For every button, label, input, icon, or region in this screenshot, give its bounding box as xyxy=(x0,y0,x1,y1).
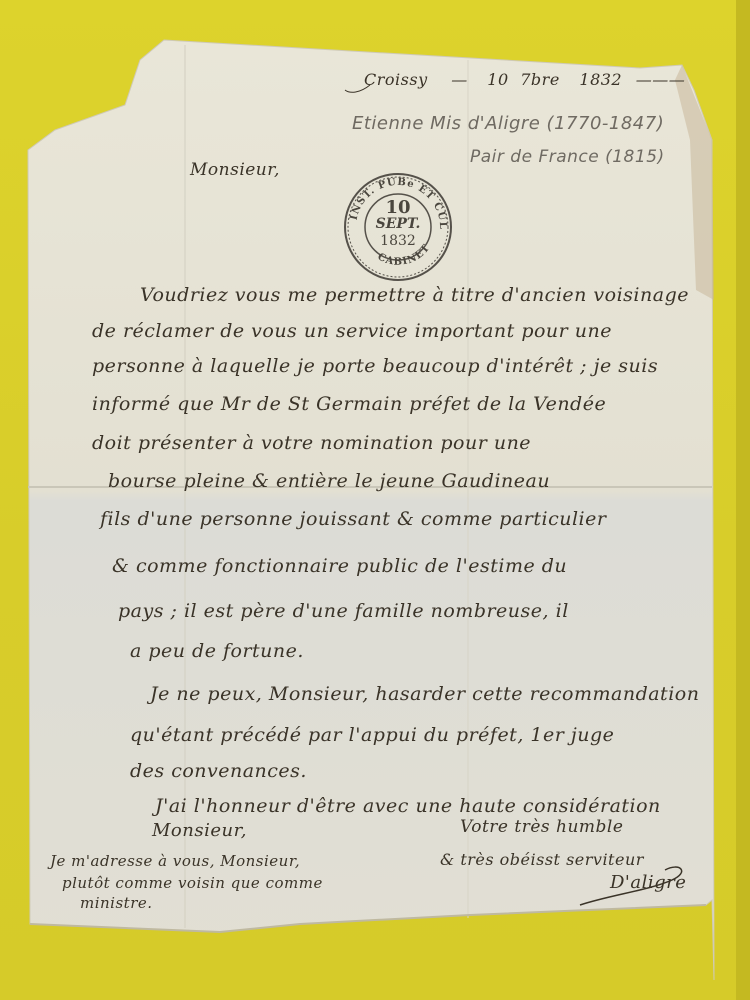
body-line: des convenances. xyxy=(130,760,307,782)
postscript-line: ministre. xyxy=(80,894,153,912)
stamp-year: 1832 xyxy=(344,233,452,250)
signature-line2: & très obéisst serviteur xyxy=(440,850,644,869)
signature-line1: Votre très humble xyxy=(460,817,623,837)
body-line: Je ne peux, Monsieur, hasarder cette rec… xyxy=(150,683,699,705)
stamp-month: SEPT. xyxy=(344,216,452,233)
body-line: pays ; il est père d'une famille nombreu… xyxy=(118,600,569,622)
postscript-line: plutôt comme voisin que comme xyxy=(62,874,323,892)
date-year: 1832 xyxy=(579,70,622,89)
cabinet-stamp: 10 SEPT. 1832 xyxy=(344,173,452,281)
date-month: 7bre xyxy=(520,70,560,89)
salutation: Monsieur, xyxy=(190,160,280,180)
body-line: & comme fonctionnaire public de l'estime… xyxy=(112,555,567,577)
postscript-line: Je m'adresse à vous, Monsieur, xyxy=(50,852,300,870)
body-line: doit présenter à votre nomination pour u… xyxy=(92,432,531,454)
body-line: personne à laquelle je porte beaucoup d'… xyxy=(92,355,658,377)
body-line: fils d'une personne jouissant & comme pa… xyxy=(100,508,606,530)
body-line: bourse pleine & entière le jeune Gaudine… xyxy=(108,470,550,492)
body-line: de réclamer de vous un service important… xyxy=(92,320,612,342)
pencil-annotation-line1: Etienne Mis d'Aligre (1770-1847) xyxy=(352,113,664,134)
closing-line: J'ai l'honneur d'être avec une haute con… xyxy=(155,795,661,817)
date-day: 10 xyxy=(487,70,508,89)
pencil-annotation-line2: Pair de France (1815) xyxy=(470,147,665,167)
body-line: Voudriez vous me permettre à titre d'anc… xyxy=(140,284,689,306)
body-line: informé que Mr de St Germain préfet de l… xyxy=(92,393,606,415)
closing-salutation: Monsieur, xyxy=(152,820,247,841)
letter-paper: INST. PUBe ET CULTES CABINET Croissy — 1… xyxy=(0,0,750,1000)
place-date: Croissy — 10 7bre 1832 ——— xyxy=(364,70,685,89)
signature: D'aligre xyxy=(610,872,686,893)
body-line: qu'étant précédé par l'appui du préfet, … xyxy=(130,724,614,746)
stamp-day: 10 xyxy=(344,199,452,216)
body-line: a peu de fortune. xyxy=(130,640,304,662)
place: Croissy xyxy=(364,70,428,89)
